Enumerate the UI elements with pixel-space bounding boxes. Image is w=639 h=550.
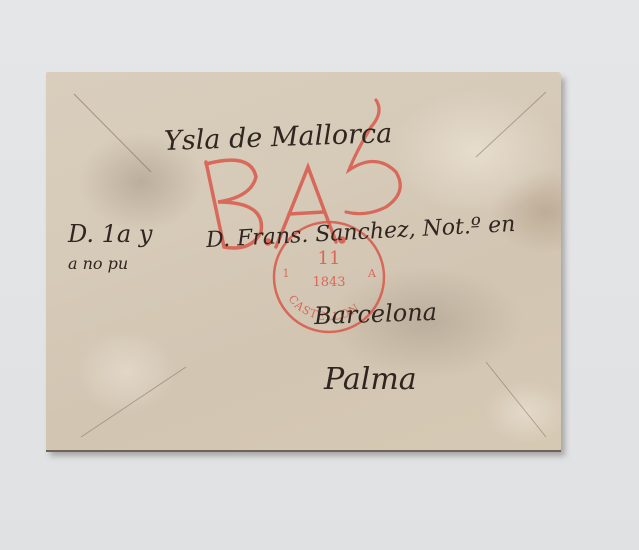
folded-letter: 11 1843 1 A CASTELLON Ysla de Mallorca D… <box>46 72 561 452</box>
svg-text:11: 11 <box>318 248 341 269</box>
address-line-4: Palma <box>324 362 417 397</box>
svg-text:1843: 1843 <box>312 275 345 290</box>
rate-mark-2 <box>346 100 400 214</box>
left-note-line-2: a no pu <box>68 254 128 273</box>
svg-text:A: A <box>367 267 377 280</box>
address-line-3: Barcelona <box>314 298 438 330</box>
left-note-line-1: D. 1a y <box>68 220 152 248</box>
svg-text:1: 1 <box>283 267 290 280</box>
